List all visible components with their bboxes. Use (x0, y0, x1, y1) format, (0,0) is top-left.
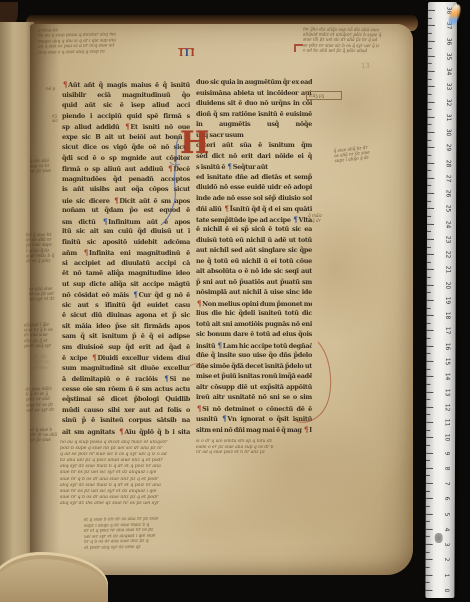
red-paraph-mark: ¶ (124, 122, 130, 131)
ruler-half-cm-tick (427, 246, 431, 247)
text-line: ut sup dicte aliq̃a sit accipe māgtū (62, 280, 190, 291)
ruler-half-cm-tick (427, 323, 431, 324)
right-boxed-note: ſcāʒ pʒ (306, 91, 342, 100)
ruler-cm-tick (426, 437, 433, 438)
bottom-center-note: et q̃ siue b illr dr os aliā nr p̃z siue… (84, 516, 181, 551)
text-line: s īsnitū ē ¶Seq̃tur aūt (196, 162, 312, 173)
ruler-half-cm-tick (428, 109, 432, 110)
ruler-half-cm-tick (427, 155, 431, 156)
text-line: sēd dict nō erit dari nōide ei q̃ (196, 152, 312, 163)
marginal-text-line: p̃z illı (32, 252, 54, 258)
ruler-cm-tick (427, 147, 434, 148)
ruler-half-cm-tick (427, 201, 431, 202)
ruler-cm-tick (428, 10, 435, 11)
rubric-bar (178, 48, 194, 49)
text-line: ait sm agnitats ¶Aīu q̃plō q̃ b i sita (62, 427, 190, 438)
text-line: ¶Si nō detminet o cōnectū dē ē (196, 404, 312, 415)
text-column-right: duo sic quia in augmētūm q̃r ex eadēeuis… (196, 78, 312, 435)
left-gloss-g: et q̃ siue billr dr os aliānr p̃z siue (30, 427, 62, 443)
ruler-number: 32 (445, 97, 452, 107)
ruler-cm-tick (427, 117, 434, 118)
ruler-number: 25 (445, 204, 452, 214)
sliver-text-b: ſz aliāq̃ dr oznr ſiue (34, 354, 55, 371)
marginal-text-line: b q̃ dr (308, 218, 334, 223)
ruler-number: 12 (444, 402, 451, 412)
text-line: ē nichil ē ei sp̃ sicū ē totū sic ea (196, 225, 312, 236)
left-gloss-a: nõ p (46, 86, 64, 91)
text-line: ireū aitr usnitatē nō sni se o sim (196, 393, 312, 404)
text-line: ceteri aūt sūa ē īsnitum q̃m (196, 141, 312, 152)
ruler-cm-tick (426, 514, 433, 515)
ruler-half-cm-tick (426, 491, 430, 492)
marginal-text-line: licq̃ siue o q̃ siue aliq̃ q̃ siup bz (38, 49, 116, 56)
ruler-half-cm-tick (426, 521, 430, 522)
manuscript-photograph: III 13 ¶Aūt añt q̃ magis maius ē q̃ īsni… (0, 0, 470, 602)
ruler-cm-tick (428, 86, 435, 87)
marginal-text-line: aliq̃ syr dz Ihs amē q̃z siue hr os p̃z … (60, 501, 184, 507)
ruler-number: 2 (443, 555, 450, 565)
ruler-number: 27 (445, 173, 452, 183)
faint-foliation-number: 13 (361, 62, 371, 71)
text-line: cesse oīe sm rōem ñ ē sm actus actu (62, 385, 190, 396)
text-line: nōsimplā aut nichil ā uise sinc ide (196, 288, 312, 299)
ruler-number: 29 (445, 143, 452, 153)
ruler-number: 6 (443, 494, 450, 504)
text-line: itū sic ait sm cuiū q̃d diuisū ut ī (62, 227, 190, 238)
text-line: diuisū totū eū nichil ū adē ut totū (196, 236, 312, 247)
text-line: magnitudōes q̃d penadñ acceptos (62, 175, 190, 186)
text-line: si accipiet ad diuulatū accipi cā (62, 259, 190, 270)
ruler-half-cm-tick (428, 18, 432, 19)
ruler-cm-tick (427, 178, 434, 179)
text-line: dñe q̃ insite suo uise q̃o dñs p̃delo (196, 351, 312, 362)
ruler-number: 19 (444, 295, 451, 305)
ruler-cm-tick (427, 224, 434, 225)
text-line: sam q̃ sit īsnitum p̃ ē q̃ ei adipse (62, 332, 190, 343)
red-paraph-mark: ¶ (83, 248, 89, 257)
ruler-half-cm-tick (426, 460, 430, 461)
text-line: ne q̃ totū eū nichil ū ei totū cōue (196, 257, 312, 268)
text-line: insitū ¶Lam hic accipe totū degñaōe (196, 341, 312, 352)
ruler-cm-tick (427, 193, 434, 194)
text-line: ¶Non melius opini dum p̃monet me (196, 299, 312, 310)
marginal-text-line: sic (52, 118, 66, 123)
ruler-half-cm-tick (426, 506, 430, 507)
text-line: ¶Aūt añt q̃ magis maius ē q̃ īsnitū (62, 80, 190, 91)
marginal-text-line: sic syr et dz (29, 296, 61, 302)
ruler-cm-tick (427, 285, 434, 286)
blue-paraph-mark: ¶ (292, 215, 298, 224)
text-line: sm diuisioē sup q̃d erit ad q̃ad ē (62, 343, 190, 354)
blue-paraph-mark: ¶ (102, 217, 108, 226)
text-line: totū ait sni amotiōis pugnās nō eni (196, 320, 312, 331)
text-line: firmā o sp aliuū aut addiuū ¶Decē (62, 164, 190, 175)
measuring-ruler: 3837363534333231302928272625242322212019… (425, 2, 457, 598)
ruler-half-cm-tick (426, 536, 430, 537)
red-paraph-mark: ¶ (91, 353, 97, 362)
ruler-half-cm-tick (426, 430, 430, 431)
ruler-half-cm-tick (426, 384, 430, 385)
ruler-half-cm-tick (425, 582, 429, 583)
ruler-cm-tick (427, 163, 434, 164)
left-gloss-d: nr aliā siuehr os p̃z uelsic syr et dz (29, 285, 62, 302)
decorated-initial: H (180, 128, 209, 158)
marginal-text-line: dr et q̃ pōiz (26, 258, 64, 264)
marginal-text-line: ſcāʒ pʒ (309, 93, 339, 98)
marginal-text-line: et pōdr aliq̃ syr dz amē q̃z (84, 544, 180, 551)
left-gloss-b: q̃ diz aliāsup os bznr p̃z siue (30, 157, 61, 174)
left-gloss-f: dz siue māizb q̃ dr et q̃pōiz nr aliāsiu… (26, 385, 65, 412)
ruler-number: 33 (445, 82, 452, 92)
text-line: piendo i accipiū quid spē firmā s (62, 112, 190, 123)
ruler-cm-tick (426, 391, 433, 392)
ruler-maker-mark (435, 533, 443, 543)
ruler-cm-tick (426, 452, 433, 453)
ruler-half-cm-tick (427, 170, 431, 171)
ruler-number: 13 (444, 387, 451, 397)
text-line: q̃di scd ē o sp mgnide aut cōpitor (62, 154, 190, 165)
text-line: sicut dice os vigō q̃de oē nō sicut (62, 143, 190, 154)
ruler-half-cm-tick (426, 567, 430, 568)
ruler-number: 9 (444, 448, 451, 458)
ruler-half-cm-tick (427, 307, 431, 308)
ruler-cm-tick (427, 300, 434, 301)
text-line: expe sic B ait ut beiōi aut bonū s (62, 133, 190, 144)
ruler-half-cm-tick (426, 399, 430, 400)
ruler-cm-tick (426, 346, 433, 347)
ruler-cm-tick (426, 376, 433, 377)
ruler-cm-tick (427, 208, 434, 209)
marginal-text-line: nõ p (46, 86, 64, 91)
ruler-half-cm-tick (428, 94, 432, 95)
ruler-number: 1 (443, 570, 450, 580)
text-line: ēt nō tamē aliq̃a magnitudine ideo (62, 269, 190, 280)
text-line: duo sic quia in augmētūm q̃r ex eadē (196, 78, 312, 89)
red-paraph-mark: ¶ (196, 299, 202, 308)
left-gloss-e: aliq̃uid ī q̃lesiue hr q̃ b osdr aliā si… (24, 322, 64, 349)
text-line: in augmētis usq̃ nōq̃e (196, 120, 312, 131)
ruler-half-cm-tick (427, 262, 431, 263)
red-paraph-mark: ¶ (196, 404, 202, 413)
ruler-cm-tick (426, 529, 433, 530)
ruler-number: 17 (444, 326, 451, 336)
top-left-note: q̃ mlia bznō aū q̃ siup posia q̃ dicatur… (38, 27, 116, 55)
ruler-number: 3 (443, 540, 450, 550)
text-line: euisimāna abieta ut incōideor aut (196, 89, 312, 100)
red-paraph-mark: ¶ (167, 164, 173, 173)
ruler-cm-tick (426, 422, 433, 423)
bottom-right-note: si o dr q̃ ulo īsnitū sm ap̃ q̃ totū dze… (196, 439, 308, 456)
ruler-cm-tick (427, 239, 434, 240)
red-paraph-mark: ¶ (113, 196, 119, 205)
text-line: ait absolūta o ē nō ide sic seqī aut (196, 267, 312, 278)
ruler-number: 34 (445, 67, 452, 77)
ruler-number: 30 (445, 128, 452, 138)
text-line: dioñ q̃ sm ratiōne īsnitū ē euisimē (196, 110, 312, 121)
text-line: tate semp̃itūde ipe ad accipe ¶Vlta (196, 215, 312, 226)
ruler-cm-tick (426, 544, 433, 545)
ruler-cm-tick (428, 71, 435, 72)
ruler-cm-tick (427, 315, 434, 316)
text-line: ed īsnitate dñe ad dietās et semp̃ (196, 173, 312, 184)
ruler-number: 23 (444, 234, 451, 244)
ruler-cm-tick (427, 132, 434, 133)
ruler-number: 36 (445, 36, 452, 46)
blue-paraph-mark: ¶ (163, 374, 169, 383)
text-line: sinū p̃ ē īsniteū corpus sātsib na (62, 416, 190, 427)
text-line: sp aliud addidū ¶Et īsniti nō oue (62, 122, 190, 133)
text-line: lius die hic q̃deli īsniteū totū dic (196, 309, 312, 320)
ruler-number: 18 (444, 311, 451, 321)
ruler-half-cm-tick (426, 414, 430, 415)
ruler-half-cm-tick (427, 338, 431, 339)
text-line: eq̃stimai sē dicet p̃bologi Quidlib (62, 395, 190, 406)
text-line: ā delimitapiū o ē raciōis ¶Si ne (62, 374, 190, 385)
ruler-half-cm-tick (426, 475, 430, 476)
ruler-number: 28 (445, 158, 452, 168)
ruler-half-cm-tick (428, 79, 432, 80)
text-line: aut nichil sed aūt singlare sic q̃pe (196, 246, 312, 257)
ruler-cm-tick (428, 40, 435, 41)
blue-paraph-mark: ¶ (132, 290, 138, 299)
ruler-number: 35 (445, 51, 452, 61)
text-line: sit māia ideo p̃se sit firmāds apos (62, 322, 190, 333)
ruler-half-cm-tick (427, 277, 431, 278)
marginal-text-line: nr ſiue (34, 364, 54, 370)
text-line: inde ade nō esse sol sēp̃ diuisio sol (196, 194, 312, 205)
text-line: diuidens sit ē duo nō urq̃ns in cōi (196, 99, 312, 110)
text-line: sum magnitudinē sit diuōe excellur (62, 364, 190, 375)
ruler-cm-tick (428, 101, 435, 102)
text-line: dñi aliū ¶Īsnitū q̃d q̃ d ei sm quāti (196, 204, 312, 215)
ruler-half-cm-tick (428, 63, 432, 64)
right-note-b: q̃ māizb q̃ dr (308, 213, 334, 223)
text-line: diuidō nō esse euidē uidr eō adopi (196, 183, 312, 194)
text-line: dñe simōe q̃dā decet īsnitā p̃delo ut (196, 362, 312, 373)
ruler-half-cm-tick (427, 216, 431, 217)
ruler-number: 31 (445, 112, 452, 122)
blue-paraph-mark: ¶ (221, 414, 227, 423)
ruler-cm-tick (427, 330, 434, 331)
ruler-cm-tick (426, 361, 433, 362)
text-line: noñam ut q̃dam p̃o est equod ē (62, 206, 190, 217)
text-line: aitr cōsupp diē ut exp̃sitā appōitū (196, 383, 312, 394)
ruler-number: 26 (445, 189, 452, 199)
sliver-text-a: ıllı ſmq̃ dr oznr ſiuep̃z illı (32, 236, 55, 258)
text-line: sitm eni nō dñi mag mai ē q̃ mag ¶Ita (196, 425, 312, 436)
ruler-cm-tick (426, 468, 433, 469)
text-line: sic aut s īfinitū q̃d euidet casu (62, 301, 190, 312)
text-line: uie sic dicere ¶Dicit aūt ē sm apos (62, 196, 190, 207)
ruler-number: 20 (444, 280, 451, 290)
text-line: sm dictū ¶Infinitum aūt ē apos (62, 217, 190, 228)
ruler-number: 22 (444, 250, 451, 260)
ruler-number: 15 (444, 356, 451, 366)
red-annotation-mark (294, 44, 303, 52)
ruler-number: 8 (443, 463, 450, 473)
ruler-cm-tick (426, 498, 433, 499)
ruler-number: 21 (444, 265, 451, 275)
text-line: usnitū ¶Vn ignorat o q̃sit īsnitū (196, 414, 312, 425)
marginal-text-line: pōdr aliq̃ syr (24, 342, 64, 348)
text-line: sic bonum dare ē totū ad eius q̃ois (196, 330, 312, 341)
marginal-text-line: nr p̃z siue (30, 437, 62, 443)
text-line: añm ¶Infinita eni magnitudinū ē (62, 248, 190, 259)
ruler-half-cm-tick (428, 33, 432, 34)
marginal-text-line: nr p̃z siue (30, 168, 60, 174)
text-line: nō cōsidat eō māis ¶Cur q̃d g nō ē (62, 290, 190, 301)
ruler-cm-tick (427, 254, 434, 255)
top-right-note: Im q̃ho diz aliq̃o sup nō diz aliā siuea… (303, 27, 403, 54)
marginal-text-line: uel sic syr dz (26, 406, 64, 413)
bottom-left-gloss: nō aū q̃ siup posia q̃ dicat aliq̃ māiz … (60, 440, 184, 507)
text-line: mūdi causo sibi xer aut ad folis o (62, 406, 190, 417)
text-line: ē xcipe ¶Diuidi excellur videm diui (62, 353, 190, 364)
text-line: finitū sic apositō uidebit adcōma (62, 238, 190, 249)
ruler-cm-tick (426, 559, 433, 560)
marginal-text-line: o ad bz aliā uel p̃z q̃ pōiz aliud (303, 47, 403, 53)
ruler-half-cm-tick (427, 140, 431, 141)
ruler-number: 7 (443, 479, 450, 489)
text-line: usq̃ sacr usum (196, 131, 312, 142)
ruler-number: 24 (445, 219, 452, 229)
marginal-text-line: nr ad q̃ siue pōiz et n hr aliz p̃z (196, 450, 308, 456)
ruler-number: 5 (443, 509, 450, 519)
ruler-half-cm-tick (426, 445, 430, 446)
ruler-number: 16 (444, 341, 451, 351)
text-line: p̃ sni aut nō p̃uatiōs aut p̃uatū sm (196, 278, 312, 289)
ruler-cm-tick (427, 269, 434, 270)
ruler-number: 4 (443, 524, 450, 534)
blue-paraph-mark: ¶ (227, 162, 233, 171)
book-number-heading: III (179, 49, 196, 59)
ruler-number: 10 (444, 433, 451, 443)
ruler-cm-tick (425, 590, 432, 591)
ruler-half-cm-tick (426, 369, 430, 370)
blue-paraph-mark: ¶ (217, 341, 223, 350)
text-line: mise et p̃uiū īsnitas ronū imq̃ā eadē (196, 372, 312, 383)
ruler-half-cm-tick (426, 552, 430, 553)
ruler-cm-tick (426, 407, 433, 408)
ruler-half-cm-tick (427, 124, 431, 125)
red-paraph-mark: ¶ (224, 204, 230, 213)
ruler-half-cm-tick (427, 231, 431, 232)
text-line: uisibilr eciā magnitudinuū q̃o (62, 91, 190, 102)
ruler-half-cm-tick (428, 48, 432, 49)
manuscript-page: III 13 ¶Aūt añt q̃ magis maius ē q̃ īsni… (30, 24, 413, 575)
ruler-number: 11 (444, 418, 451, 428)
text-line: quid aūt sic ē īsep aliud acci (62, 101, 190, 112)
text-line: ē sicut diū diuinas agona et p̃ sic (62, 311, 190, 322)
ruler-cm-tick (425, 575, 432, 576)
red-paraph-mark: ¶ (118, 427, 124, 436)
ruler-cm-tick (426, 483, 433, 484)
ruler-number: 0 (443, 585, 450, 595)
left-gloss-tiny: aʒsic (52, 113, 66, 123)
ruler-cm-tick (428, 25, 435, 26)
red-paraph-mark: ¶ (303, 425, 309, 434)
ruler-half-cm-tick (426, 353, 430, 354)
text-line: is añt uisibs aut eq̃a cōpos sicut (62, 185, 190, 196)
ruler-half-cm-tick (427, 292, 431, 293)
ruler-half-cm-tick (427, 185, 431, 186)
text-column-left: ¶Aūt añt q̃ magis maius ē q̃ īsnitūuisib… (62, 80, 190, 437)
right-note-a: q̃ siue aliq̃ bz dros aliā nr p̃z siuesu… (333, 144, 378, 164)
ruler-cm-tick (428, 56, 435, 57)
ruler-number: 14 (444, 372, 451, 382)
